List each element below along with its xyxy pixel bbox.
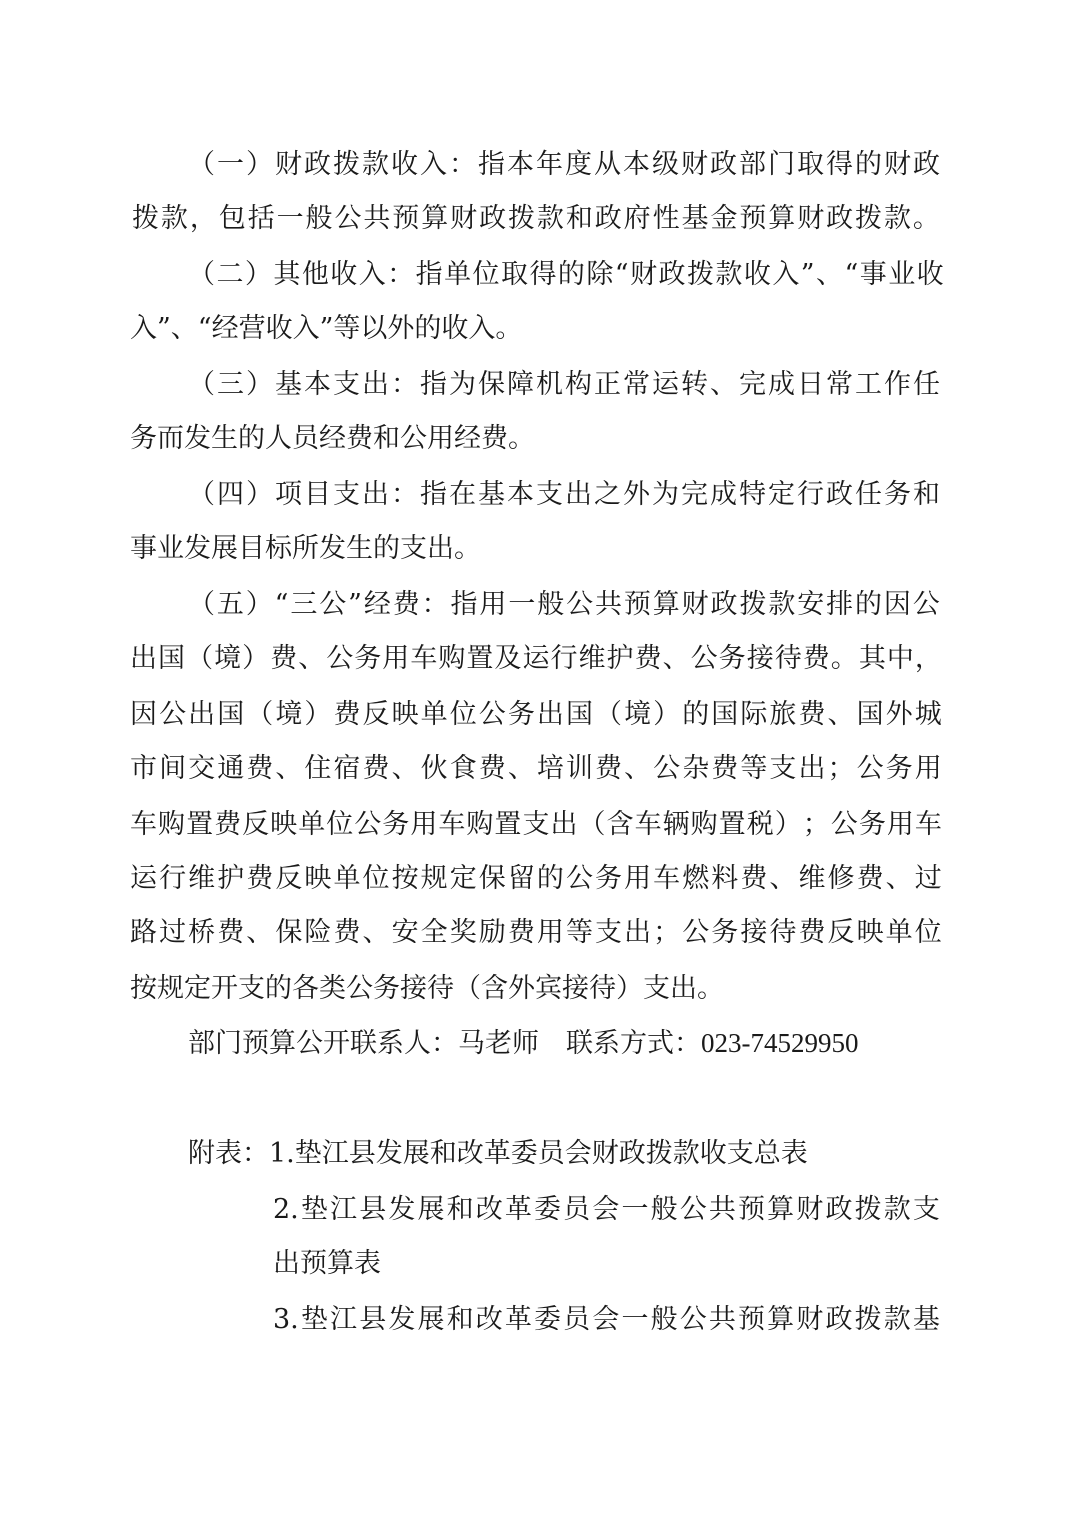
appendix-item-2-line-2: 出预算表 (273, 1244, 381, 1284)
section-4-line-1: （四）项目支出：指在基本支出之外为完成特定行政任务和 (188, 475, 940, 515)
section-5-line-4: 市间交通费、住宿费、伙食费、培训费、公杂费等支出；公务用 (130, 749, 942, 789)
contact-method-label: 联系方式： (566, 1028, 701, 1059)
section-5-line-5: 车购置费反映单位公务用车购置支出（含车辆购置税）；公务用车 (130, 805, 942, 845)
appendix-item-3-line-1: 3.垫江县发展和改革委员会一般公共预算财政拨款基 (273, 1300, 940, 1340)
section-1-line-1: （一）财政拨款收入：指本年度从本级财政部门取得的财政 (188, 145, 940, 185)
appendix-item-1-text: 1.垫江县发展和改革委员会财政拨款收支总表 (269, 1138, 808, 1169)
section-2-line-1: （二）其他收入：指单位取得的除“财政拨款收入”、“事业收 (188, 255, 944, 295)
section-4-line-2: 事业发展目标所发生的支出。 (130, 529, 481, 569)
section-5-line-7: 路过桥费、保险费、安全奖励费用等支出；公务接待费反映单位 (130, 913, 942, 953)
contact-label: 部门预算公开联系人： (188, 1028, 458, 1059)
appendix-item-1: 附表：1.垫江县发展和改革委员会财政拨款收支总表 (188, 1134, 808, 1174)
appendix-item-2-line-1: 2.垫江县发展和改革委员会一般公共预算财政拨款支 (273, 1190, 940, 1230)
section-5-line-3: 因公出国（境）费反映单位公务出国（境）的国际旅费、国外城 (130, 695, 942, 735)
contact-name: 马老师 (458, 1028, 539, 1059)
document-page: （一）财政拨款收入：指本年度从本级财政部门取得的财政 拨款，包括一般公共预算财政… (0, 0, 1074, 1520)
section-5-line-8: 按规定开支的各类公务接待（含外宾接待）支出。 (130, 969, 724, 1009)
appendix-label: 附表： (188, 1138, 269, 1169)
contact-line: 部门预算公开联系人：马老师联系方式：023-74529950 (188, 1023, 859, 1063)
section-5-line-1: （五）“三公”经费：指用一般公共预算财政拨款安排的因公 (188, 585, 940, 625)
section-3-line-1: （三）基本支出：指为保障机构正常运转、完成日常工作任 (188, 365, 940, 405)
section-1-line-2: 拨款，包括一般公共预算财政拨款和政府性基金预算财政拨款。 (132, 199, 940, 239)
section-5-line-6: 运行维护费反映单位按规定保留的公务用车燃料费、维修费、过 (130, 859, 942, 899)
section-2-line-2: 入”、“经营收入”等以外的收入。 (130, 309, 522, 349)
section-5-line-2: 出国（境）费、公务用车购置及运行维护费、公务接待费。其中， (130, 639, 942, 679)
contact-phone: 023-74529950 (701, 1028, 859, 1058)
section-3-line-2: 务而发生的人员经费和公用经费。 (130, 419, 535, 459)
